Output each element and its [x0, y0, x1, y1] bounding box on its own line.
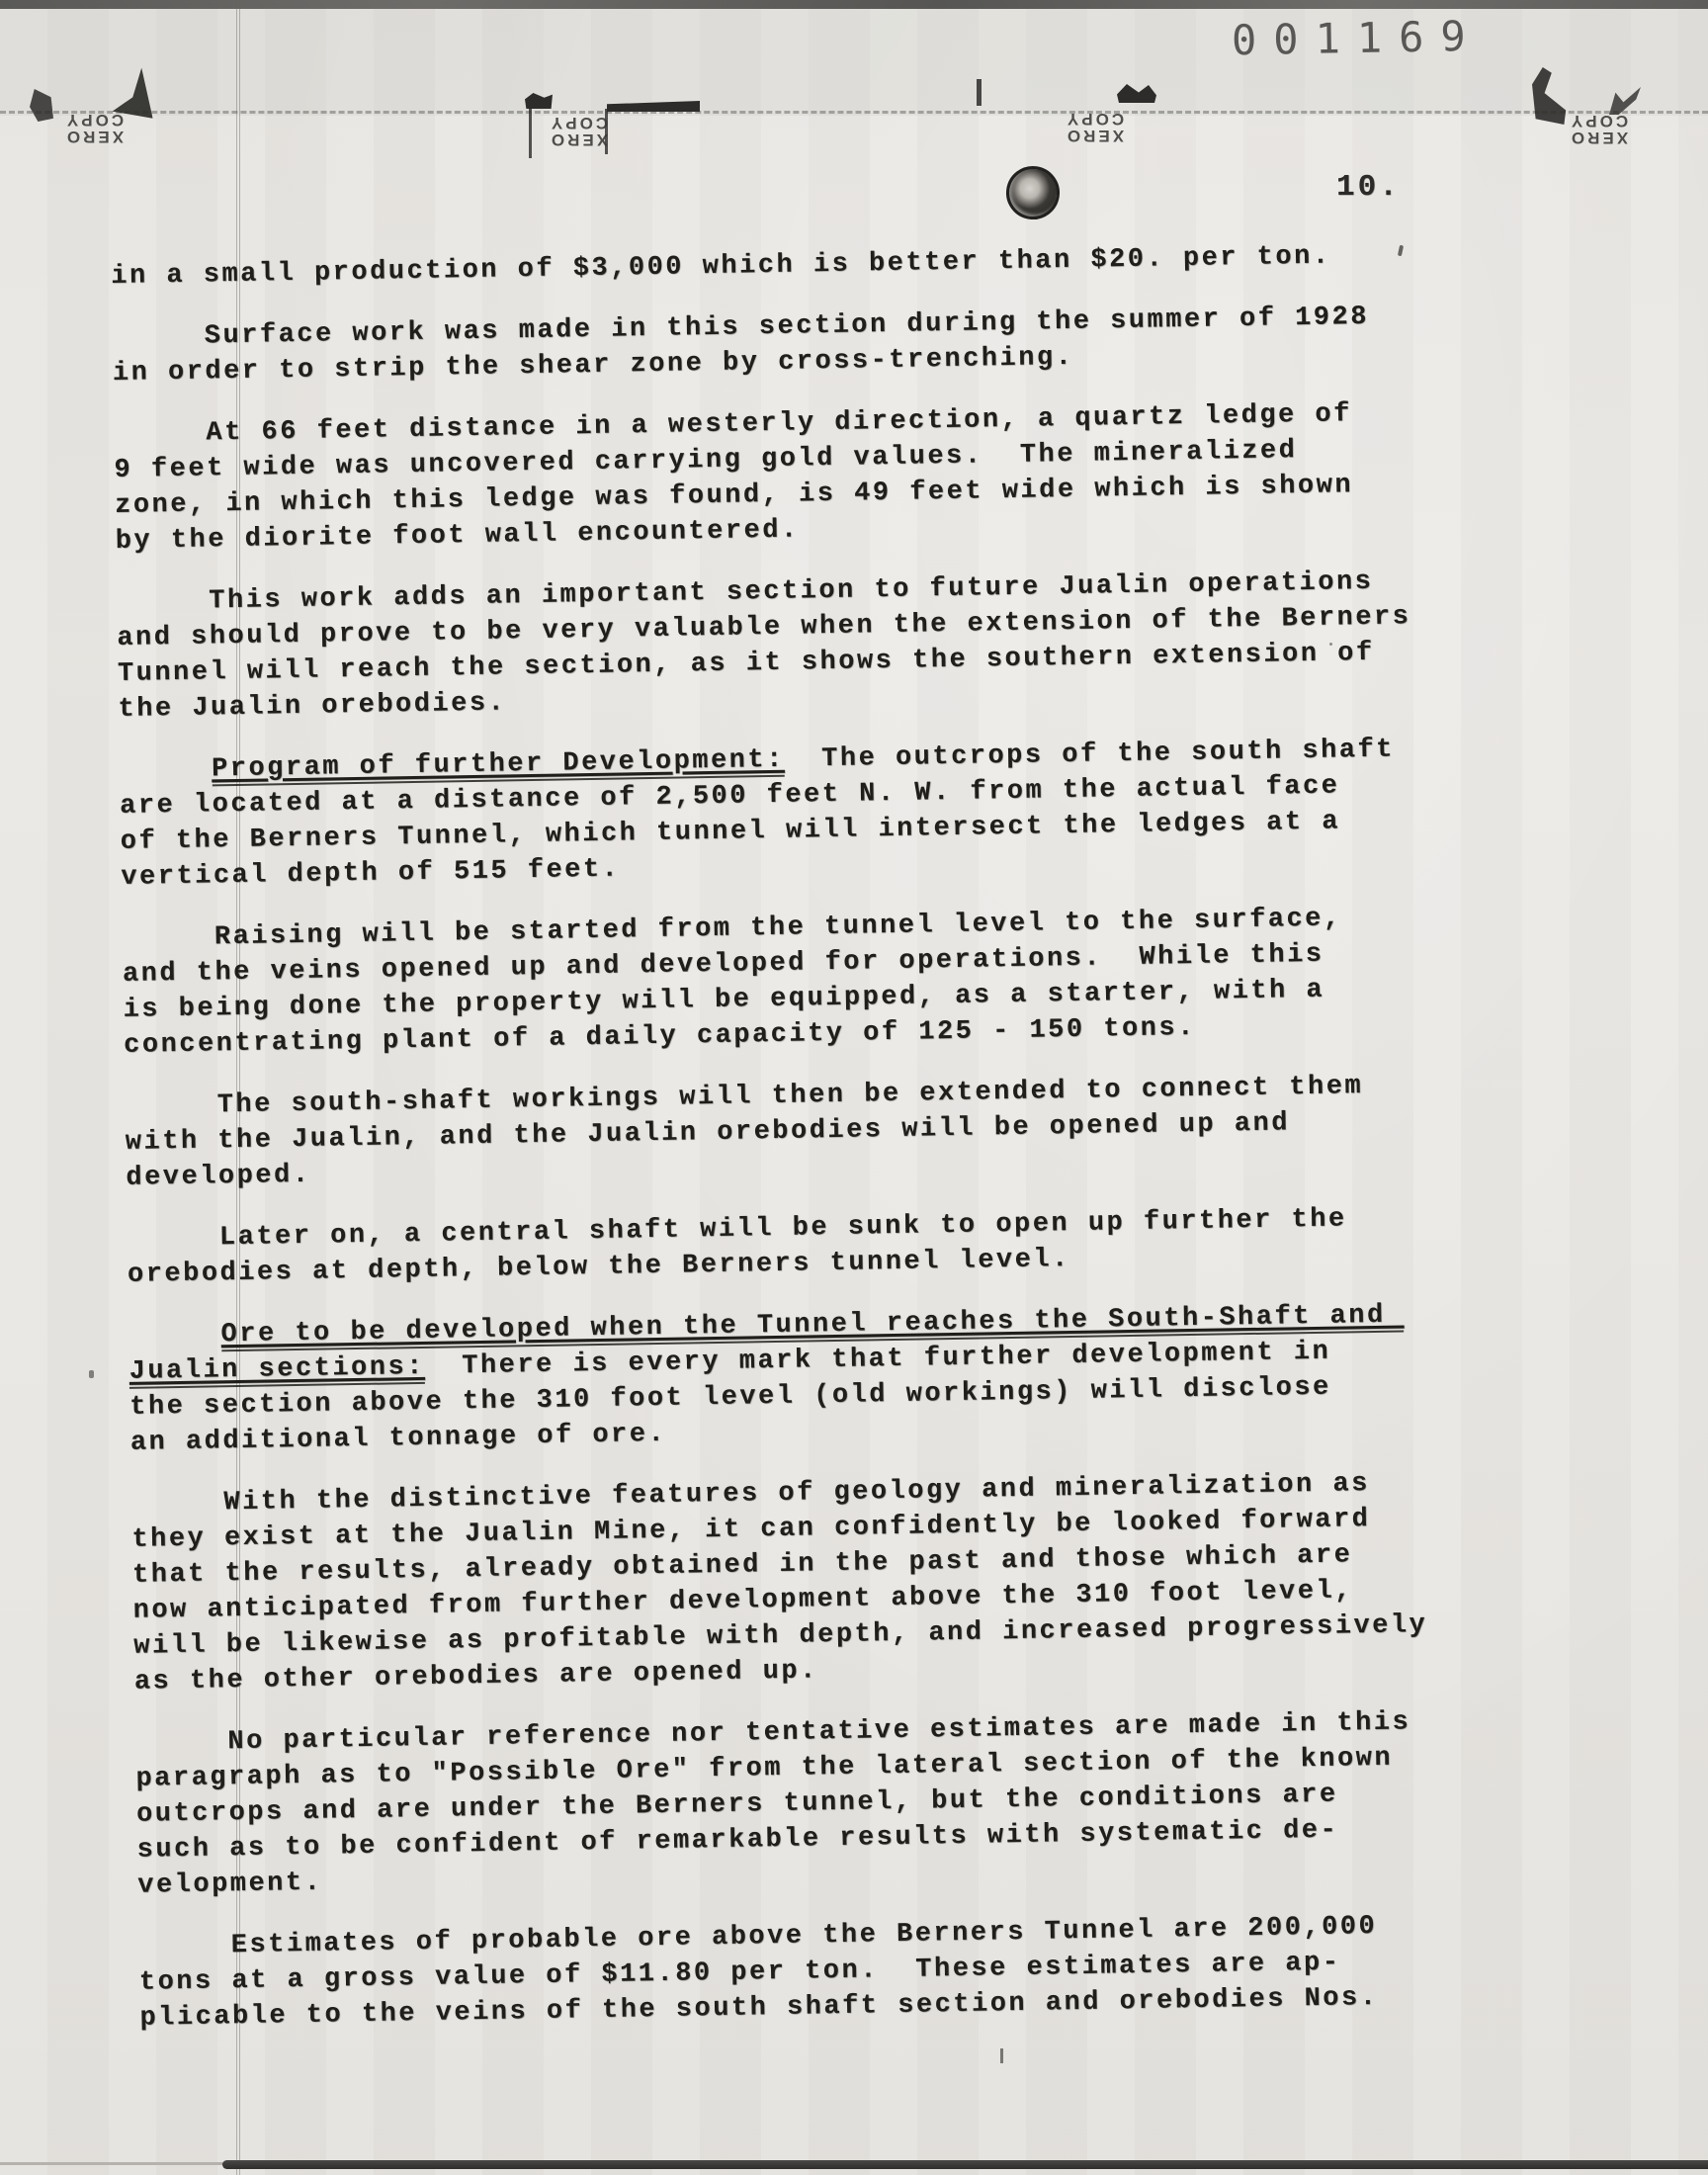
- body-text: vertical depth of 515 feet.: [121, 855, 620, 893]
- xero-stamp-line: COPY: [1557, 113, 1640, 130]
- body-text: the Jualin orebodies.: [118, 688, 506, 725]
- ink-smudge: [529, 107, 532, 158]
- xero-copy-stamp: XERO COPY: [537, 115, 620, 148]
- xero-stamp-line: XERO: [52, 129, 135, 145]
- paragraph: With the distinctive features of geology…: [131, 1462, 1597, 1700]
- paragraph: Raising will be started from the tunnel …: [122, 897, 1586, 1064]
- scan-top-edge-bar: [0, 0, 1708, 9]
- body-text: developed.: [126, 1161, 311, 1193]
- body-text: by the diorite foot wall encountered.: [115, 515, 799, 556]
- paragraph: Later on, a central shaft will be sunk t…: [127, 1197, 1590, 1293]
- scan-bottom-edge-bar: [222, 2160, 1708, 2169]
- paragraph: This work adds an important section to f…: [116, 561, 1580, 728]
- xero-copy-stamp: XERO COPY: [1557, 113, 1640, 146]
- scan-bottom-edge-faint: [0, 2162, 227, 2165]
- xero-copy-stamp: XERO COPY: [1053, 111, 1136, 144]
- xero-copy-stamp: XERO COPY: [52, 112, 135, 145]
- xero-stamp-line: COPY: [1053, 111, 1136, 128]
- paragraph: Program of further Development: The outc…: [119, 729, 1583, 896]
- paragraph: Estimates of probable ore above the Bern…: [138, 1905, 1603, 2037]
- perforation-dashed-line: [0, 111, 1708, 114]
- xero-stamp-line: XERO: [1557, 130, 1640, 146]
- ink-smudge: [1000, 2048, 1003, 2063]
- page-number: 10.: [1336, 170, 1401, 205]
- serial-number-stamp: 001169: [1232, 12, 1484, 64]
- body-text: [119, 754, 212, 786]
- xero-stamp-line: COPY: [537, 115, 620, 131]
- underlined-heading-text: Jualin sections:: [128, 1352, 425, 1389]
- body-text: [128, 1320, 221, 1351]
- paragraph: At 66 feet distance in a westerly direct…: [114, 392, 1579, 560]
- body-text: as the other orebodies are opened up.: [134, 1656, 818, 1696]
- ink-speck: [89, 1370, 94, 1378]
- paragraph: The south-shaft workings will then be ex…: [125, 1065, 1589, 1196]
- xero-stamp-line: XERO: [1053, 128, 1136, 144]
- xero-stamp-line: COPY: [52, 112, 135, 129]
- paragraph: No particular reference nor tentative es…: [135, 1701, 1601, 1904]
- ink-smudge: [977, 79, 982, 106]
- typewritten-text-block: in a small production of $3,000 which is…: [111, 234, 1603, 2061]
- paragraph: Ore to be developed when the Tunnel reac…: [128, 1294, 1593, 1461]
- xero-stamp-line: XERO: [537, 131, 620, 148]
- body-text: velopment.: [137, 1869, 323, 1901]
- scanned-document-page: { "colors": { "paper": "#e9e7e3", "ink":…: [0, 0, 1708, 2175]
- paragraph: Surface work was made in this section du…: [112, 296, 1576, 391]
- body-text: an additional tonnage of ore.: [130, 1420, 667, 1458]
